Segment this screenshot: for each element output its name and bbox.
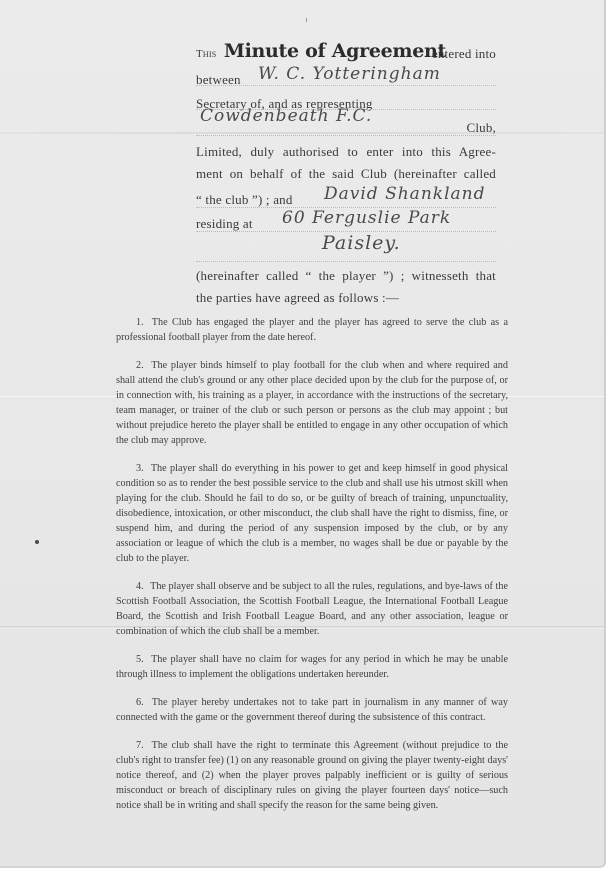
clause-number: 5.: [136, 654, 144, 665]
paper-mark: [306, 18, 307, 22]
hereinafter-line: (hereinafter called “ the player ”) ; wi…: [196, 266, 496, 284]
player-name-handwritten: David Shankland: [324, 184, 485, 204]
clause-5: 5. The player shall have no claim for wa…: [116, 652, 508, 682]
clause-7: 7. The club shall have the right to term…: [116, 738, 508, 813]
clause-number: 1.: [136, 317, 144, 328]
clause-text: The player shall do everything in his po…: [116, 463, 508, 564]
clause-number: 2.: [136, 360, 144, 371]
clause-text: The player hereby undertakes not to take…: [116, 697, 508, 723]
clause-number: 7.: [136, 740, 144, 751]
document-title: Minute of Agreement: [224, 40, 446, 62]
document-page: This Minute of Agreement entered into be…: [0, 0, 606, 868]
entered-into-label: entered into: [432, 46, 496, 62]
clause-text: The player shall have no claim for wages…: [116, 654, 508, 680]
parties-line: the parties have agreed as follows :—: [196, 290, 399, 306]
limited-line: Limited, duly authorised to enter into t…: [196, 140, 496, 160]
between-label: between: [196, 72, 241, 88]
the-club-label: “ the club ”) ; and: [196, 192, 293, 208]
clause-2: 2. The player binds himself to play foot…: [116, 358, 508, 448]
clause-text: The Club has engaged the player and the …: [116, 317, 508, 343]
clause-3: 3. The player shall do everything in his…: [116, 461, 508, 566]
agreement-clauses: 1. The Club has engaged the player and t…: [116, 315, 508, 826]
clause-number: 6.: [136, 697, 144, 708]
clause-number: 3.: [136, 463, 144, 474]
ment-line: ment on behalf of the said Club (hereina…: [196, 164, 496, 182]
ink-dot: [35, 540, 39, 544]
clause-1: 1. The Club has engaged the player and t…: [116, 315, 508, 345]
clause-4: 4. The player shall observe and be subje…: [116, 579, 508, 639]
residing-label: residing at: [196, 216, 253, 232]
clause-text: The player shall observe and be subject …: [116, 581, 508, 637]
clause-text: The player binds himself to play footbal…: [116, 360, 508, 446]
club-label: Club,: [466, 120, 496, 136]
agreement-header: This Minute of Agreement entered into be…: [196, 40, 496, 314]
club-name-handwritten: Cowdenbeath F.C.: [200, 106, 372, 126]
clause-6: 6. The player hereby undertakes not to t…: [116, 695, 508, 725]
address-line2-handwritten: Paisley.: [322, 232, 401, 254]
secretary-name-handwritten: W. C. Yotteringham: [258, 64, 441, 84]
clause-text: The club shall have the right to termina…: [116, 740, 508, 811]
clause-number: 4.: [136, 581, 144, 592]
address-line1-handwritten: 60 Ferguslie Park: [282, 208, 451, 228]
this-word: This: [196, 48, 216, 60]
